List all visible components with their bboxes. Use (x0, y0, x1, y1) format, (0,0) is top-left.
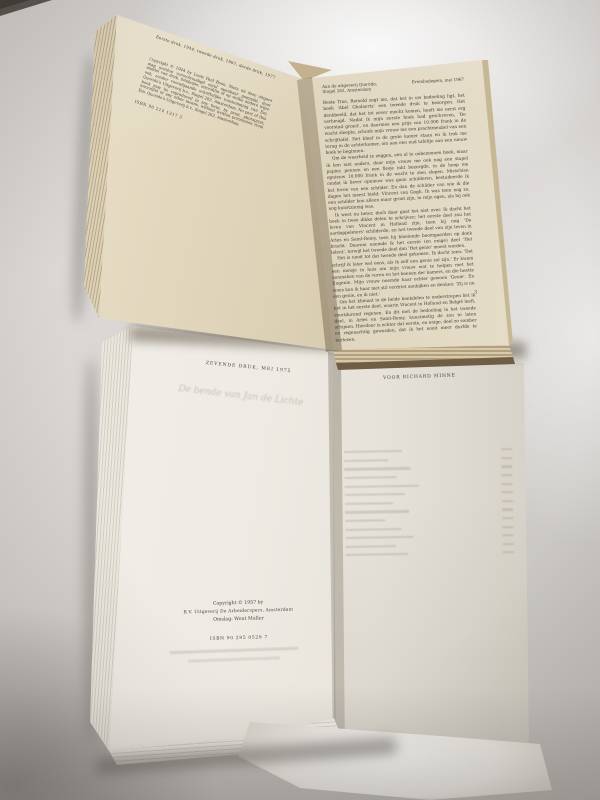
letter-paragraph: Om het klimaat in de beide boekdelen te … (333, 293, 477, 344)
photo-of-two-open-books: ZEVENDE DRUK, MEI 1975 De bende van Jan … (0, 0, 600, 800)
top-book-letter-page: Aan de uitgeverij Querido, Singel 262, A… (322, 77, 477, 345)
letter-paragraph: Beste Tine, Reinold zegt me, dat het in … (323, 94, 468, 158)
bottom-book-copyright-block: Copyright © 1957 by B.V. Uitgeverij De A… (167, 598, 310, 643)
letter-body: Beste Tine, Reinold zegt me, dat het in … (323, 94, 478, 345)
showthrough-toc (344, 445, 514, 560)
page-number: 3 (474, 290, 477, 295)
letter-paragraph: Het is nooit tot dat tweede deel gekomen… (331, 250, 475, 301)
letter-address: Aan de uitgeverij Querido, Singel 262, A… (322, 81, 377, 94)
letter-paragraph: Om de waarheid te zeggen, een al te onbe… (326, 150, 471, 214)
letter-paragraph: Ik weet nu beter, doch daar gaat het nie… (329, 206, 473, 257)
letter-dateline: Erembodegem, mei 1967 (412, 77, 465, 90)
